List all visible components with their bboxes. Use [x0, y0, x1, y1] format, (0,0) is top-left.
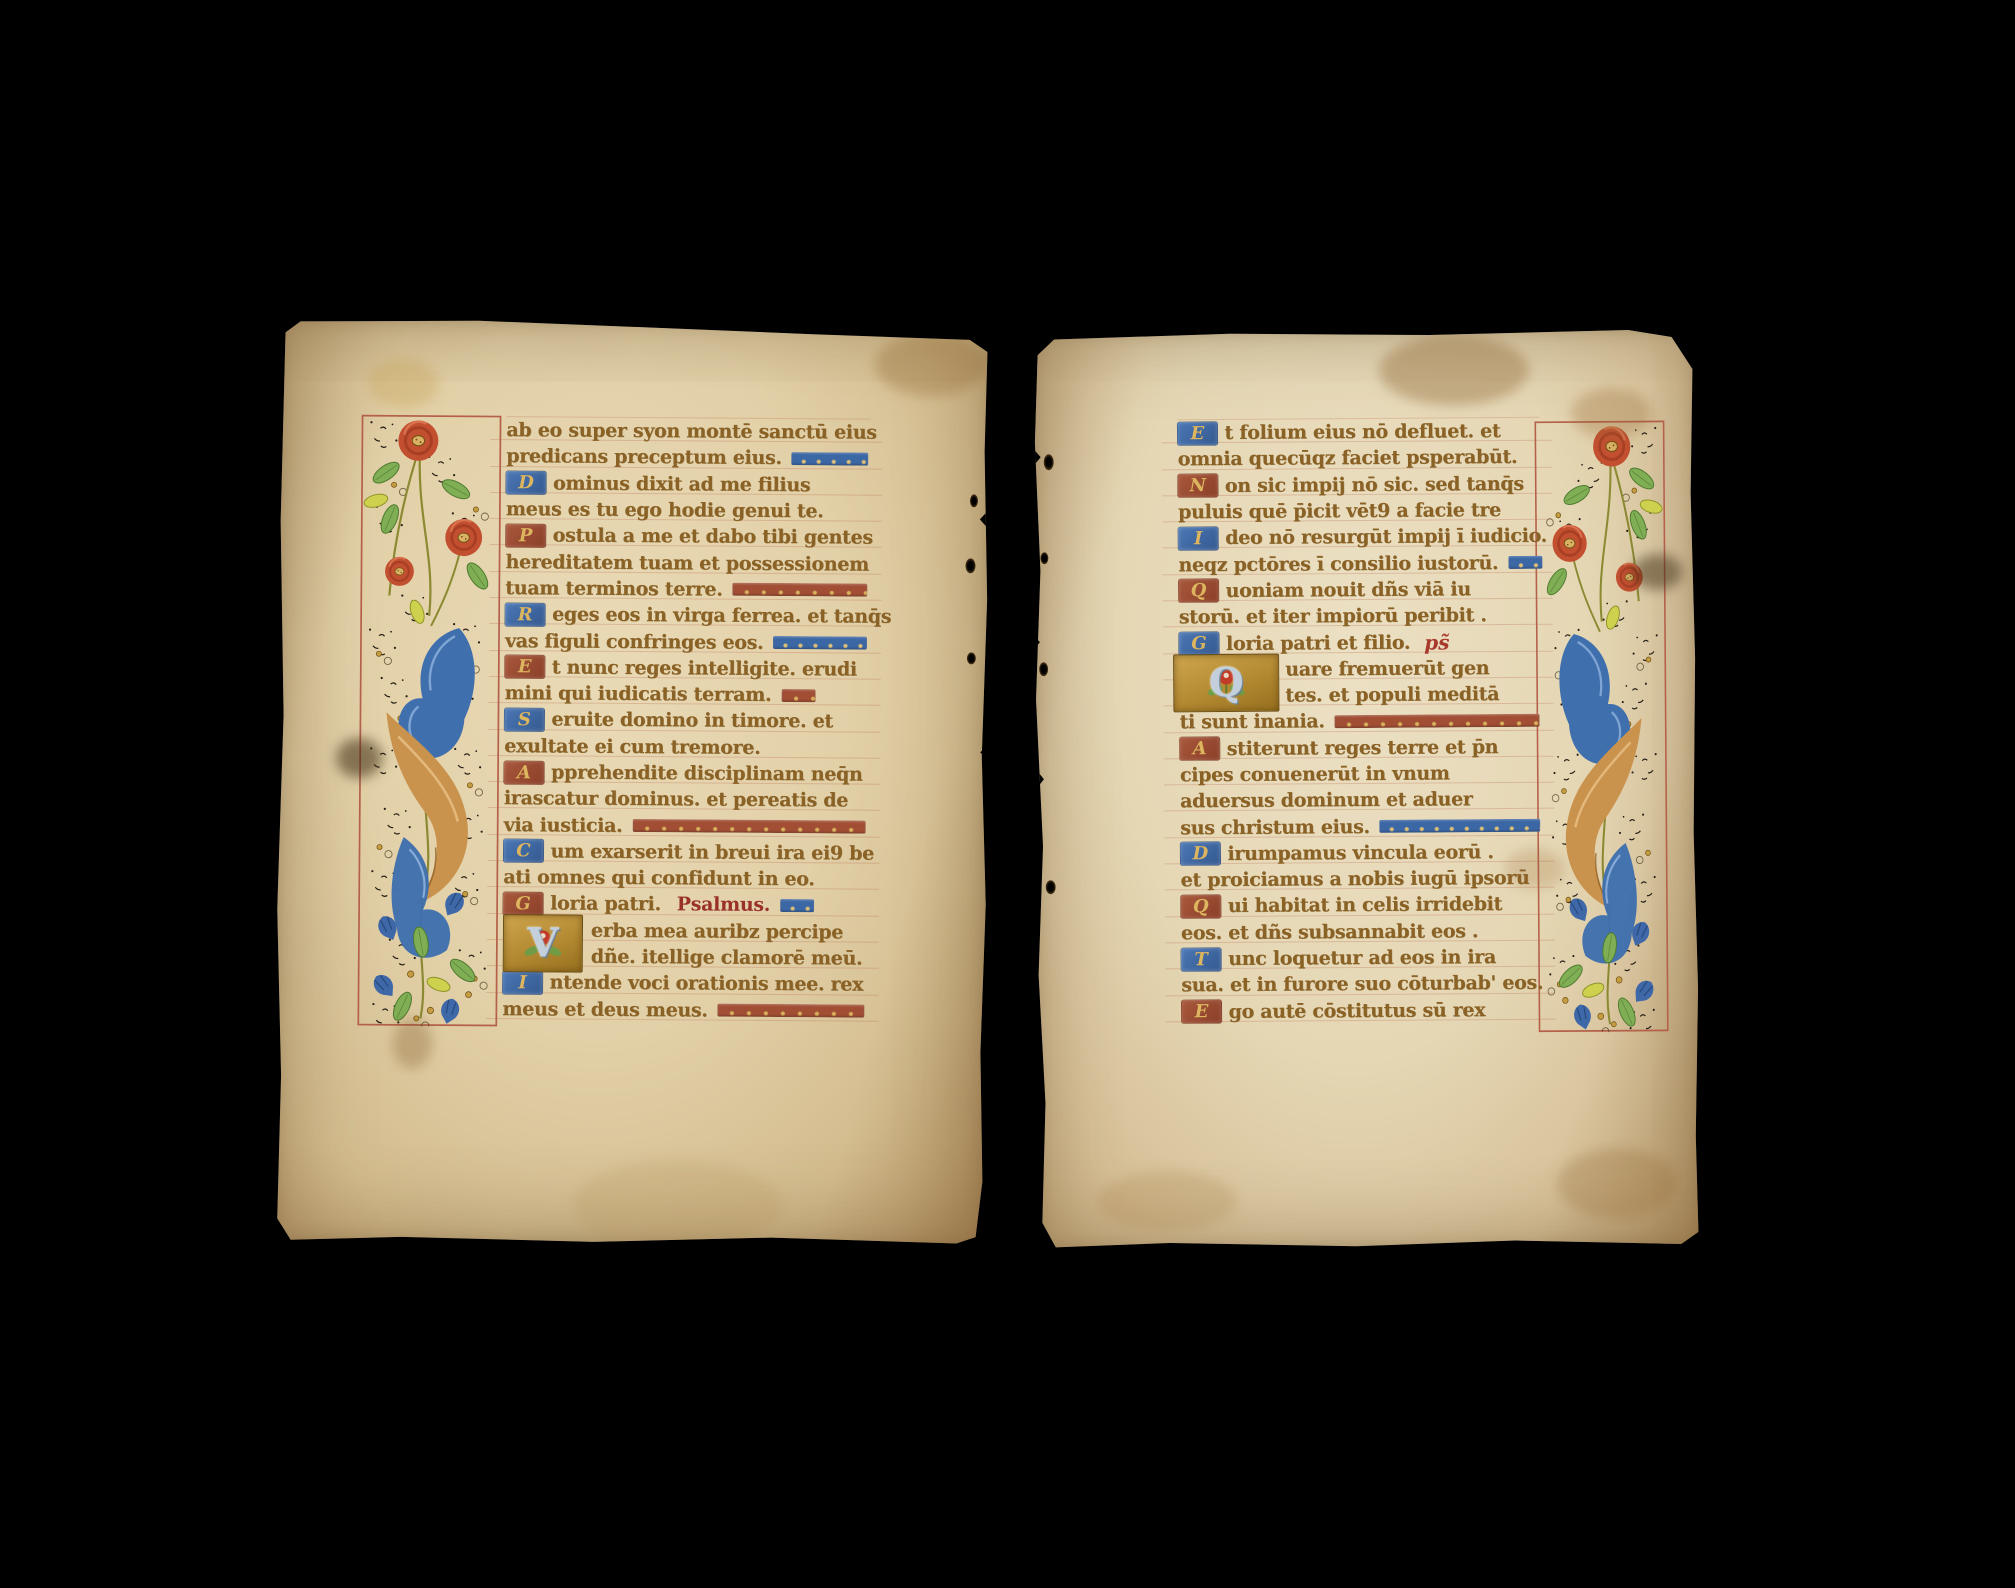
line-text: t folium eius nō defluet. et	[1224, 420, 1500, 444]
right-text-block: Et folium eius nō defluet. etomnia quecū…	[1177, 417, 1543, 1025]
line-text: meus et deus meus.	[502, 998, 707, 1021]
text-line: mini qui iudicatis terram.	[505, 680, 869, 709]
text-line: et proiciamus a nobis iugū ipsorū	[1181, 865, 1543, 894]
line-text: pprehendite disciplinam neq̄n	[551, 761, 863, 785]
line-text: vas figuli confringes eos.	[505, 630, 764, 654]
line-text: omnia quecūqz faciet psperabūt.	[1178, 446, 1518, 470]
illuminated-initial-D: D	[506, 471, 546, 494]
line-text: erba mea auribz percipe	[591, 919, 843, 943]
line-filler	[792, 452, 869, 466]
text-line: hereditatem tuam et possessionem	[505, 549, 869, 578]
line-text: tes. et populi meditā	[1285, 683, 1499, 706]
line-text: eruite domino in timore. et	[551, 709, 833, 733]
line-filler	[1335, 714, 1540, 728]
text-line: Dirumpamus vincula eorū .	[1180, 839, 1542, 868]
illuminated-initial-A: A	[504, 761, 544, 784]
edge-tear	[980, 742, 990, 762]
line-text: hereditatem tuam et possessionem	[505, 551, 869, 576]
text-line: omnia quecūqz faciet psperabūt.	[1178, 444, 1540, 473]
line-text: unc loquetur ad eos in ira	[1228, 946, 1496, 970]
text-line: Et nunc reges intelligite. erudi	[505, 654, 869, 683]
illuminated-initial-E: E	[1177, 422, 1217, 445]
line-text: ati omnes qui confidunt in eo.	[503, 866, 814, 890]
rubric-psalmus: Psalmus.	[677, 894, 770, 917]
line-filler	[773, 636, 867, 650]
line-text: meus es tu ego hodie genui te.	[506, 498, 824, 522]
line-text: ntende voci orationis mee. rex	[550, 972, 864, 996]
text-line: Seruite domino in timore. et	[504, 706, 868, 735]
large-illuminated-initial-V: V	[503, 914, 583, 973]
floral-border-right	[1533, 420, 1669, 1033]
binding-hole	[970, 494, 978, 507]
edge-tear	[1032, 764, 1044, 794]
line-text: ostula a me et dabo tibi gentes	[553, 525, 873, 549]
line-filler	[780, 899, 814, 912]
text-line: predicans preceptum eius.	[506, 443, 870, 472]
text-line: puluis quē p̄icit vēt9 a facie tre	[1178, 497, 1540, 526]
text-line: Apprehendite disciplinam neq̄n	[504, 759, 868, 788]
line-text: uoniam nouit dñs viā iu	[1226, 578, 1471, 602]
illuminated-initial-G: G	[1179, 632, 1219, 655]
text-line: ab eo super syon montē sanctū eius	[506, 417, 870, 446]
text-line: Reges eos in virga ferrea. et tanq̄s	[505, 601, 869, 630]
text-line: Et folium eius nō defluet. et	[1177, 418, 1539, 447]
illuminated-initial-D: D	[1180, 842, 1220, 865]
binding-hole	[1039, 662, 1048, 676]
binding-hole	[967, 652, 976, 664]
line-text: tuam terminos terre.	[505, 577, 722, 601]
edge-tear	[1031, 632, 1040, 652]
edge-tear	[1030, 444, 1041, 470]
text-line: Ego autē cōstitutus sū rex	[1181, 996, 1543, 1025]
text-line: Qui habitat in celis irridebit	[1181, 891, 1543, 920]
line-text: ab eo super syon montē sanctū eius	[506, 419, 876, 444]
large-illuminated-initial-Q: Q	[1173, 653, 1279, 712]
line-text: on sic impij nō sic. sed tanq̄s	[1225, 473, 1524, 497]
binding-hole	[1040, 552, 1048, 564]
line-filler	[718, 1004, 865, 1018]
line-text: irascatur dominus. et pereatis de	[504, 787, 848, 811]
text-line: Quoniam nouit dñs viā iu	[1179, 576, 1541, 605]
stain	[573, 1160, 784, 1251]
line-text: exultate ei cum tremore.	[504, 735, 760, 759]
illuminated-initial-Q: Q	[1181, 895, 1221, 918]
line-text: neqz pctōres ī consilio iustorū.	[1178, 552, 1498, 576]
large-initial-letter: Q	[1174, 654, 1278, 711]
line-text: sua. et in furore suo cōturbab' eos.	[1181, 972, 1543, 997]
text-line: Intende voci orationis mee. rex	[503, 969, 867, 998]
line-text: deo nō resurgūt impij ī iudicio.	[1225, 525, 1547, 549]
line-text: puluis quē p̄icit vēt9 a facie tre	[1178, 499, 1501, 523]
text-line: exultate ei cum tremore.	[504, 733, 868, 762]
binding-hole	[1044, 454, 1054, 470]
illuminated-initial-I: I	[503, 971, 543, 994]
photograph-black-background: ab eo super syon montē sanctū eiuspredic…	[0, 0, 2015, 1588]
text-line: neqz pctōres ī consilio iustorū.	[1178, 549, 1540, 578]
psalm-mark: ps̃	[1424, 630, 1449, 654]
text-line: ati omnes qui confidunt in eo.	[503, 864, 867, 893]
text-line: Dominus dixit ad me filius	[506, 470, 870, 499]
right-manuscript-leaf: Et folium eius nō defluet. etomnia quecū…	[1031, 328, 1701, 1251]
illuminated-initial-E: E	[1181, 1000, 1221, 1023]
line-text: irumpamus vincula eorū .	[1227, 841, 1493, 865]
illuminated-initial-R: R	[505, 603, 545, 626]
line-text: mini qui iudicatis terram.	[505, 682, 772, 706]
line-text: loria patri et filio.	[1226, 631, 1410, 654]
line-text: storū. et iter impiorū peribit .	[1179, 604, 1487, 628]
line-text: t nunc reges intelligite. erudi	[552, 656, 857, 680]
text-line: aduersus dominum et aduer	[1180, 786, 1542, 815]
illuminated-initial-P: P	[506, 524, 546, 547]
line-filler	[632, 819, 865, 834]
text-line: sus christum eius.	[1180, 812, 1542, 841]
line-text: et proiciamus a nobis iugū ipsorū	[1181, 867, 1530, 891]
text-line: vas figuli confringes eos.	[505, 627, 869, 656]
illuminated-initial-E: E	[505, 655, 545, 678]
line-text: ominus dixit ad me filius	[553, 472, 810, 496]
edge-tear	[980, 506, 992, 532]
text-line: irascatur dominus. et pereatis de	[504, 785, 868, 814]
line-text: eges eos in virga ferrea. et tanq̄s	[552, 604, 891, 628]
text-line: Astiterunt reges terre et p̄n	[1180, 733, 1542, 762]
stain	[369, 358, 439, 408]
line-filler	[733, 583, 868, 597]
text-line: Cum exarserit in breui ira ei9 be	[503, 838, 867, 867]
text-line: sua. et in furore suo cōturbab' eos.	[1181, 970, 1543, 999]
binding-hole	[965, 558, 975, 573]
binding-hole	[1046, 880, 1056, 894]
line-text: loria patri.	[550, 893, 661, 916]
line-text: ti sunt inania.	[1179, 711, 1324, 734]
floral-border-left	[356, 414, 502, 1027]
line-text: aduersus dominum et aduer	[1180, 789, 1473, 813]
line-filler	[1380, 819, 1541, 833]
line-filler	[1508, 556, 1542, 569]
stain	[1097, 1171, 1237, 1232]
text-line: Gloria patri et filio.ps̃	[1179, 628, 1541, 657]
illuminated-initial-G: G	[503, 892, 543, 915]
illuminated-initial-Q: Q	[1179, 579, 1219, 602]
text-line: meus et deus meus.	[502, 996, 866, 1025]
line-text: uare fremuerūt gen	[1285, 657, 1489, 680]
line-text: sus christum eius.	[1180, 816, 1370, 839]
text-line: meus es tu ego hodie genui te.	[506, 496, 870, 525]
line-text: cipes conuenerūt in vnum	[1180, 762, 1450, 786]
illuminated-initial-N: N	[1178, 474, 1218, 497]
text-line: storū. et iter impiorū peribit .	[1179, 602, 1541, 631]
stain	[1379, 335, 1529, 406]
line-filler	[781, 689, 815, 702]
illuminated-initial-I: I	[1178, 527, 1218, 550]
text-line: cipes conuenerūt in vnum	[1180, 760, 1542, 789]
line-text: predicans preceptum eius.	[506, 446, 782, 470]
left-text-block: ab eo super syon montē sanctū eiuspredic…	[502, 416, 870, 1024]
text-line: via iusticia.	[504, 812, 868, 841]
left-manuscript-leaf: ab eo super syon montē sanctū eiuspredic…	[273, 318, 991, 1247]
text-line: Tunc loquetur ad eos in ira	[1181, 944, 1543, 973]
line-text: eos. et dñs subsannabit eos .	[1181, 920, 1478, 944]
large-initial-letter: V	[504, 915, 582, 972]
line-text: stiterunt reges terre et p̄n	[1227, 736, 1499, 760]
text-line: Non sic impij nō sic. sed tanq̄s	[1178, 470, 1540, 499]
illuminated-initial-C: C	[503, 839, 543, 862]
line-text: go autē cōstitutus sū rex	[1228, 999, 1485, 1023]
illuminated-initial-S: S	[504, 708, 544, 731]
text-line: Ideo nō resurgūt impij ī iudicio.	[1178, 523, 1540, 552]
line-text: ui habitat in celis irridebit	[1228, 894, 1502, 918]
text-line: eos. et dñs subsannabit eos .	[1181, 917, 1543, 946]
illuminated-initial-T: T	[1181, 948, 1221, 971]
stain	[1557, 1148, 1677, 1219]
illuminated-initial-A: A	[1180, 737, 1220, 760]
line-text: dñe. itellige clamorē meū.	[591, 946, 863, 970]
text-line: tuam terminos terre.	[505, 575, 869, 604]
line-text: via iusticia.	[504, 814, 623, 837]
line-text: um exarserit in breui ira ei9 be	[550, 840, 874, 864]
stain	[875, 334, 987, 397]
text-line: Postula a me et dabo tibi gentes	[506, 522, 870, 551]
